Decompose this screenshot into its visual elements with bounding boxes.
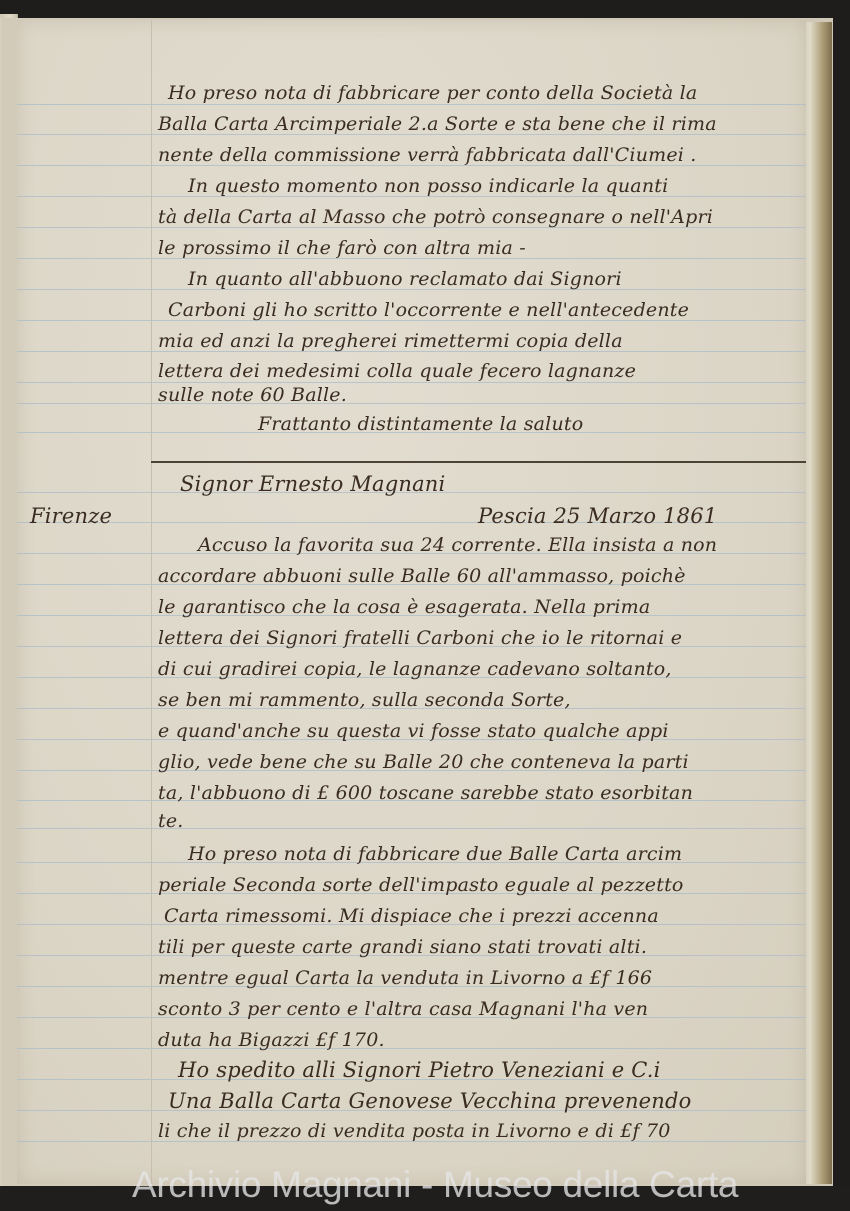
text-line: lettera dei Signori fratelli Carboni che… [158, 629, 682, 648]
text-line: Ho preso nota di fabbricare per conto de… [168, 84, 697, 103]
archive-watermark: Archivio Magnani - Museo della Carta [132, 1164, 738, 1206]
text-line: tili per queste carte grandi siano stati… [158, 938, 647, 957]
text-line: li che il prezzo di vendita posta in Liv… [158, 1122, 671, 1141]
text-line: Carta rimessomi. Mi dispiace che i prezz… [164, 907, 659, 926]
ruled-line [17, 1048, 806, 1049]
text-line: le garantisco che la cosa è esagerata. N… [158, 598, 650, 617]
text-line: glio, vede bene che su Balle 20 che cont… [158, 753, 689, 772]
addressee: Signor Ernesto Magnani [180, 474, 445, 495]
text-line: duta ha Bigazzi £f 170. [158, 1031, 385, 1050]
text-line: te. [158, 812, 184, 831]
text-line: sulle note 60 Balle. [158, 386, 347, 405]
text-line: Ho preso nota di fabbricare due Balle Ca… [188, 845, 682, 864]
closing-salutation: Frattanto distintamente la saluto [258, 415, 583, 434]
ruled-line [17, 828, 806, 829]
place-date: Pescia 25 Marzo 1861 [478, 506, 717, 527]
text-line: Carboni gli ho scritto l'occorrente e ne… [168, 301, 689, 320]
text-line: Balla Carta Arcimperiale 2.a Sorte e sta… [158, 115, 717, 134]
text-line: Una Balla Carta Genovese Vecchina preven… [168, 1091, 692, 1112]
margin-place-name: Firenze [30, 506, 112, 527]
text-line: mentre egual Carta la venduta in Livorno… [158, 969, 652, 988]
text-line: sconto 3 per cento e l'altra casa Magnan… [158, 1000, 648, 1019]
text-line: Accuso la favorita sua 24 corrente. Ella… [198, 536, 717, 555]
ruled-line [17, 403, 806, 404]
text-line: Ho spedito alli Signori Pietro Veneziani… [178, 1060, 661, 1081]
letter-separator [151, 461, 806, 463]
text-line: In quanto all'abbuono reclamato dai Sign… [188, 270, 622, 289]
text-line: nente della commissione verrà fabbricata… [158, 146, 697, 165]
ruled-line [17, 104, 806, 105]
text-line: di cui gradirei copia, le lagnanze cadev… [158, 660, 672, 679]
text-line: accordare abbuoni sulle Balle 60 all'amm… [158, 567, 686, 586]
text-line: periale Seconda sorte dell'impasto egual… [158, 876, 684, 895]
text-line: ta, l'abbuono di £ 600 toscane sarebbe s… [158, 784, 693, 803]
text-line: mia ed anzi la pregherei rimettermi copi… [158, 332, 623, 351]
ruled-line [17, 382, 806, 383]
text-line: se ben mi rammento, sulla seconda Sorte, [158, 691, 571, 710]
text-line: tà della Carta al Masso che potrò conseg… [158, 208, 713, 227]
text-line: In questo momento non posso indicarle la… [188, 177, 668, 196]
text-line: le prossimo il che farò con altra mia - [158, 239, 526, 258]
page-block-edge [806, 22, 832, 1184]
margin-rule [151, 20, 152, 1184]
text-line: e quand'anche su questa vi fosse stato q… [158, 722, 669, 741]
text-line: lettera dei medesimi colla quale fecero … [158, 362, 636, 381]
